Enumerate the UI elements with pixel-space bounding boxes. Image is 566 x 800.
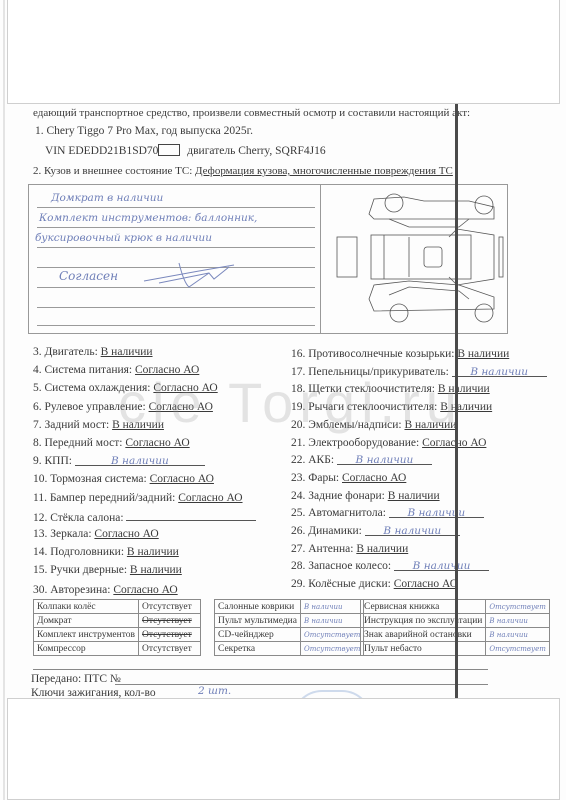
vin-label: VIN EDEDD21B1SD70 [45,145,158,157]
checklist-item-status: Отсутствует [138,642,200,656]
checklist-item: 13. Зеркала: Согласно АО [33,527,159,541]
item-label: 14. Подголовники: [33,546,127,558]
checklist-item: 28. Запасное колесо: В наличии [291,559,489,573]
checklist-item: 3. Двигатель: В наличии [33,345,153,359]
item-value: В наличии [394,559,489,571]
note-line [37,325,315,326]
checklist-item: 12. Стёкла салона: [33,509,256,525]
page-edge [3,0,5,800]
item-value: В наличии [388,490,440,502]
checklist-item-name: Сервисная книжка [361,600,486,614]
body-condition-row: 2. Кузов и внешнее состояние ТС: Деформа… [33,164,453,178]
checklist-item-status: В наличии [300,600,363,614]
checklist-item: 8. Передний мост: Согласно АО [33,436,190,450]
checklist-item-name: Компрессор [34,642,139,656]
item-label: 24. Задние фонари: [291,490,388,502]
item-value: В наличии [365,524,460,536]
item-label: 28. Запасное колесо: [291,560,394,572]
checklist-item-status: Отсутствует [138,600,200,614]
handwritten-note: Комплект инструментов: баллонник, [39,211,257,225]
item-value: В наличии [130,564,182,576]
checklist-row: CD-чейнджерОтсутствует [215,628,364,642]
item-label: 22. АКБ: [291,454,337,466]
body-condition-label: 2. Кузов и внешнее состояние ТС: [33,165,192,177]
checklist-item-name: Пульт мультимедиа [215,614,301,628]
checklist-row: Пульт мультимедиаВ наличии [215,614,364,628]
checklist-item: 9. КПП: В наличии [33,454,205,468]
item-label: 25. Автомагнитола: [291,507,389,519]
item-value: В наличии [127,546,179,558]
item-value: В наличии [101,346,153,358]
item-label: 15. Ручки дверные: [33,564,130,576]
item-value: В наличии [356,543,408,555]
item-label: 16. Противосолнечные козырьки: [291,348,457,360]
checklist-item: 22. АКБ: В наличии [291,453,432,467]
checklist-row: КомпрессорОтсутствует [34,642,201,656]
checklist-table-1: Колпаки колёсОтсутствуетДомкратОтсутству… [33,599,201,656]
scanned-document-page: едающий транспортное средство, произвели… [0,0,566,800]
note-line [37,247,315,248]
item-label: 11. Бампер передний/задний: [33,492,178,504]
vehicle-model: 1. Chery Tiggo 7 Pro Max, год выпуска 20… [35,124,253,138]
item-30-value: Согласно АО [113,584,177,596]
checklist-row: Колпаки колёсОтсутствует [34,600,201,614]
item-value: В наличии [457,348,509,360]
item-value: Согласно АО [125,437,189,449]
checklist-item-name: Салонные коврики [215,600,301,614]
checklist-item-status: В наличии [486,628,549,642]
item-value: В наличии [337,453,432,465]
checklist-item: 16. Противосолнечные козырьки: В наличии [291,347,509,361]
checklist-item: 23. Фары: Согласно АО [291,471,406,485]
checklist-item-status: Отсутствует [138,628,200,642]
checklist-row: СекреткаОтсутствует [215,642,364,656]
inspection-notes-box: Домкрат в наличии Комплект инструментов:… [28,184,508,334]
note-line [37,227,315,228]
item-label: 10. Тормозная система: [33,473,150,485]
item-label: 13. Зеркала: [33,528,94,540]
item-value: В наличии [452,365,547,377]
checklist-item: 15. Ручки дверные: В наличии [33,563,182,577]
checklist-item-name: Комплект инструментов [34,628,139,642]
item-30-label: 30. Авторезина: [33,584,110,596]
item-label: 3. Двигатель: [33,346,101,358]
checklist-item-status: Отсутствует [486,600,549,614]
item-label: 9. КПП: [33,455,75,467]
checklist-item: 11. Бампер передний/задний: Согласно АО [33,491,243,505]
vin-redacted-box [158,144,180,156]
vin-row: VIN EDEDD21B1SD70 двигатель Cherry, SQRF… [45,144,326,158]
signature-icon [139,253,249,293]
redacted-header-block [7,0,560,104]
checklist-item: 26. Динамики: В наличии [291,524,460,538]
checklist-row: Комплект инструментовОтсутствует [34,628,201,642]
pts-field-line [115,684,488,685]
item-label: 23. Фары: [291,472,342,484]
checklist-item: 24. Задние фонари: В наличии [291,489,440,503]
car-diagram-icon [329,189,505,329]
box-divider [320,185,321,333]
checklist-item-status: В наличии [300,614,363,628]
handwritten-agree: Согласен [59,269,118,283]
item-label: 8. Передний мост: [33,437,125,449]
divider [33,669,488,670]
checklist-item-name: Инструкция по эксплуатации [361,614,486,628]
item-value: Согласно АО [150,473,214,485]
item-value: В наличии [75,454,205,466]
checklist-item-name: Секретка [215,642,301,656]
item-label: 27. Антенна: [291,543,356,555]
engine-info: двигатель Cherry, SQRF4J16 [187,145,325,157]
intro-text: едающий транспортное средство, произвели… [33,106,470,120]
watermark-text: cle Torgi.ru [118,370,463,435]
checklist-item: 14. Подголовники: В наличии [33,545,179,559]
item-value: Согласно АО [342,472,406,484]
checklist-item-name: Пульт небасто [361,642,486,656]
item-value: Согласно АО [94,528,158,540]
item-label: 21. Электрооборудование: [291,437,422,449]
pts-label: Передано: ПТС № [31,672,121,686]
checklist-row: ДомкратОтсутствует [34,614,201,628]
item-value: В наличии [389,506,484,518]
redacted-footer-block [7,698,560,800]
checklist-item-status: Отсутствует [300,642,363,656]
checklist-item-status: Отсутствует [486,642,549,656]
scan-artifact-line [455,104,458,698]
checklist-item: 27. Антенна: В наличии [291,542,408,556]
keys-value: 2 шт. [198,684,231,698]
checklist-item-name: CD-чейнджер [215,628,301,642]
item-label: 26. Динамики: [291,525,365,537]
note-line [37,207,315,208]
checklist-row: Салонные коврикиВ наличии [215,600,364,614]
checklist-item-status: Отсутствует [138,614,200,628]
item-30-row: 30. Авторезина: Согласно АО [33,583,178,597]
item-label: 29. Колёсные диски: [291,578,394,590]
checklist-item-status: Отсутствует [300,628,363,642]
item-label: 7. Задний мост: [33,419,112,431]
note-line [37,307,315,308]
handwritten-note: буксировочный крюк в наличии [35,231,212,245]
handwritten-note: Домкрат в наличии [51,191,163,205]
checklist-item-name: Домкрат [34,614,139,628]
checklist-item-status: В наличии [486,614,549,628]
body-condition-value: Деформация кузова, многочисленные повреж… [195,165,453,177]
item-label: 12. Стёкла салона: [33,512,126,524]
checklist-item-name: Колпаки колёс [34,600,139,614]
item-value [126,509,256,521]
checklist-item: 29. Колёсные диски: Согласно АО [291,577,458,591]
item-value: Согласно АО [394,578,458,590]
checklist-table-2: Салонные коврикиВ наличииПульт мультимед… [214,599,364,656]
item-value: Согласно АО [178,492,242,504]
checklist-item-name: Знак аварийной остановки [361,628,486,642]
checklist-item: 10. Тормозная система: Согласно АО [33,472,214,486]
